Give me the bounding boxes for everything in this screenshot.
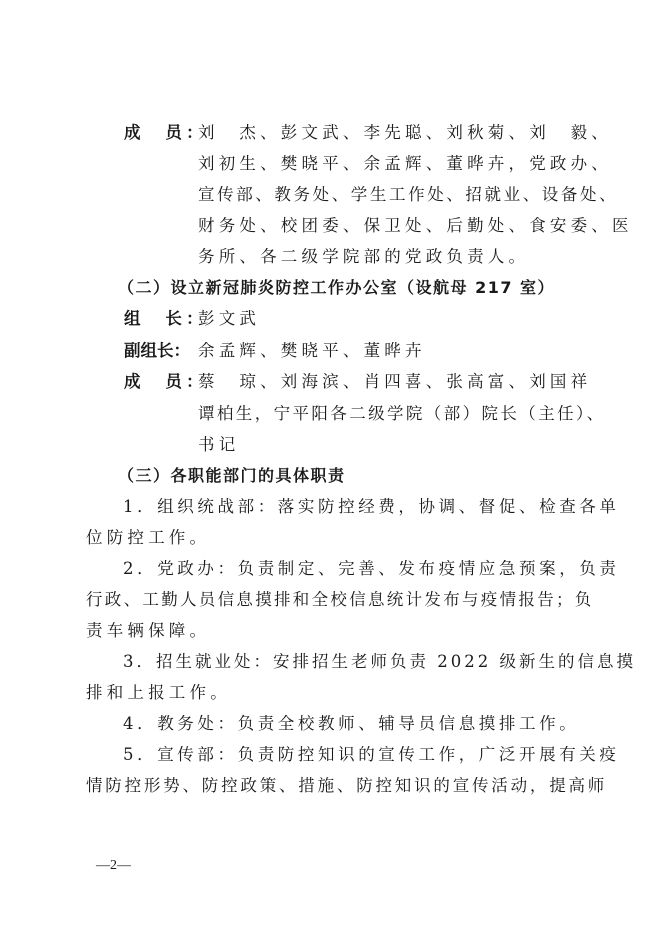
duty-item-4: 4．教务处：负责全校教师、辅导员信息摸排工作。 bbox=[123, 714, 579, 734]
duty-item-5: 5．宣传部：负责防控知识的宣传工作，广泛开展有关疫 bbox=[123, 745, 620, 765]
duty-item-3: 3．招生就业处：安排招生老师负责 2022 级新生的信息摸 bbox=[123, 652, 636, 672]
section-heading: （二）设立新冠肺炎防控工作办公室（设航母 217 室） bbox=[118, 278, 555, 298]
page-number: —2— bbox=[96, 858, 131, 874]
deputy-value: 余孟辉、樊晓平、董晔卉 bbox=[198, 341, 426, 360]
members-label: 成 员： bbox=[124, 123, 198, 143]
members-line: 财务处、校团委、保卫处、后勤处、食安委、医 bbox=[198, 216, 633, 236]
deputy-label: 副组长： bbox=[124, 341, 198, 361]
members-line: 刘初生、樊晓平、余孟辉、董晔卉，党政办、 bbox=[198, 154, 612, 174]
duty-item-2-cont: 责车辆保障。 bbox=[86, 621, 210, 641]
duty-item-1-cont: 位防控工作。 bbox=[86, 528, 210, 548]
leader-line: 组 长：彭文武 bbox=[124, 309, 260, 329]
leader-value: 彭文武 bbox=[198, 309, 260, 328]
section-heading: （三）各职能部门的具体职责 bbox=[118, 466, 346, 486]
members-line: 成 员：刘 杰、彭文武、李先聪、刘秋菊、刘 毅、 bbox=[124, 123, 612, 143]
duty-item-5-cont: 情防控形势、防控政策、措施、防控知识的宣传活动，提高师 bbox=[86, 776, 607, 796]
members-line: 宣传部、教务处、学生工作处、招就业、设备处、 bbox=[198, 185, 618, 205]
duty-item-1: 1．组织统战部：落实防控经费，协调、督促、检查各单 bbox=[123, 497, 620, 517]
duty-item-2-cont: 行政、工勤人员信息摸排和全校信息统计发布与疫情报告；负 bbox=[86, 590, 594, 610]
duty-item-3-cont: 排和上报工作。 bbox=[86, 683, 231, 703]
members-line: 谭柏生，宁平阳各二级学院（部）院长（主任）、 bbox=[198, 404, 606, 424]
members-text: 蔡 琼、刘海滨、肖四喜、张高富、刘国祥 bbox=[198, 372, 591, 391]
duty-item-2: 2．党政办：负责制定、完善、发布疫情应急预案，负责 bbox=[123, 559, 620, 579]
members-line: 成 员：蔡 琼、刘海滨、肖四喜、张高富、刘国祥 bbox=[124, 372, 591, 392]
members-text: 刘 杰、彭文武、李先聪、刘秋菊、刘 毅、 bbox=[198, 123, 612, 142]
members-line: 书记 bbox=[198, 435, 239, 455]
members-label: 成 员： bbox=[124, 372, 198, 392]
deputy-line: 副组长：余孟辉、樊晓平、董晔卉 bbox=[124, 341, 426, 361]
members-line: 务所、各二级学院部的党政负责人。 bbox=[198, 247, 529, 267]
leader-label: 组 长： bbox=[124, 309, 198, 329]
